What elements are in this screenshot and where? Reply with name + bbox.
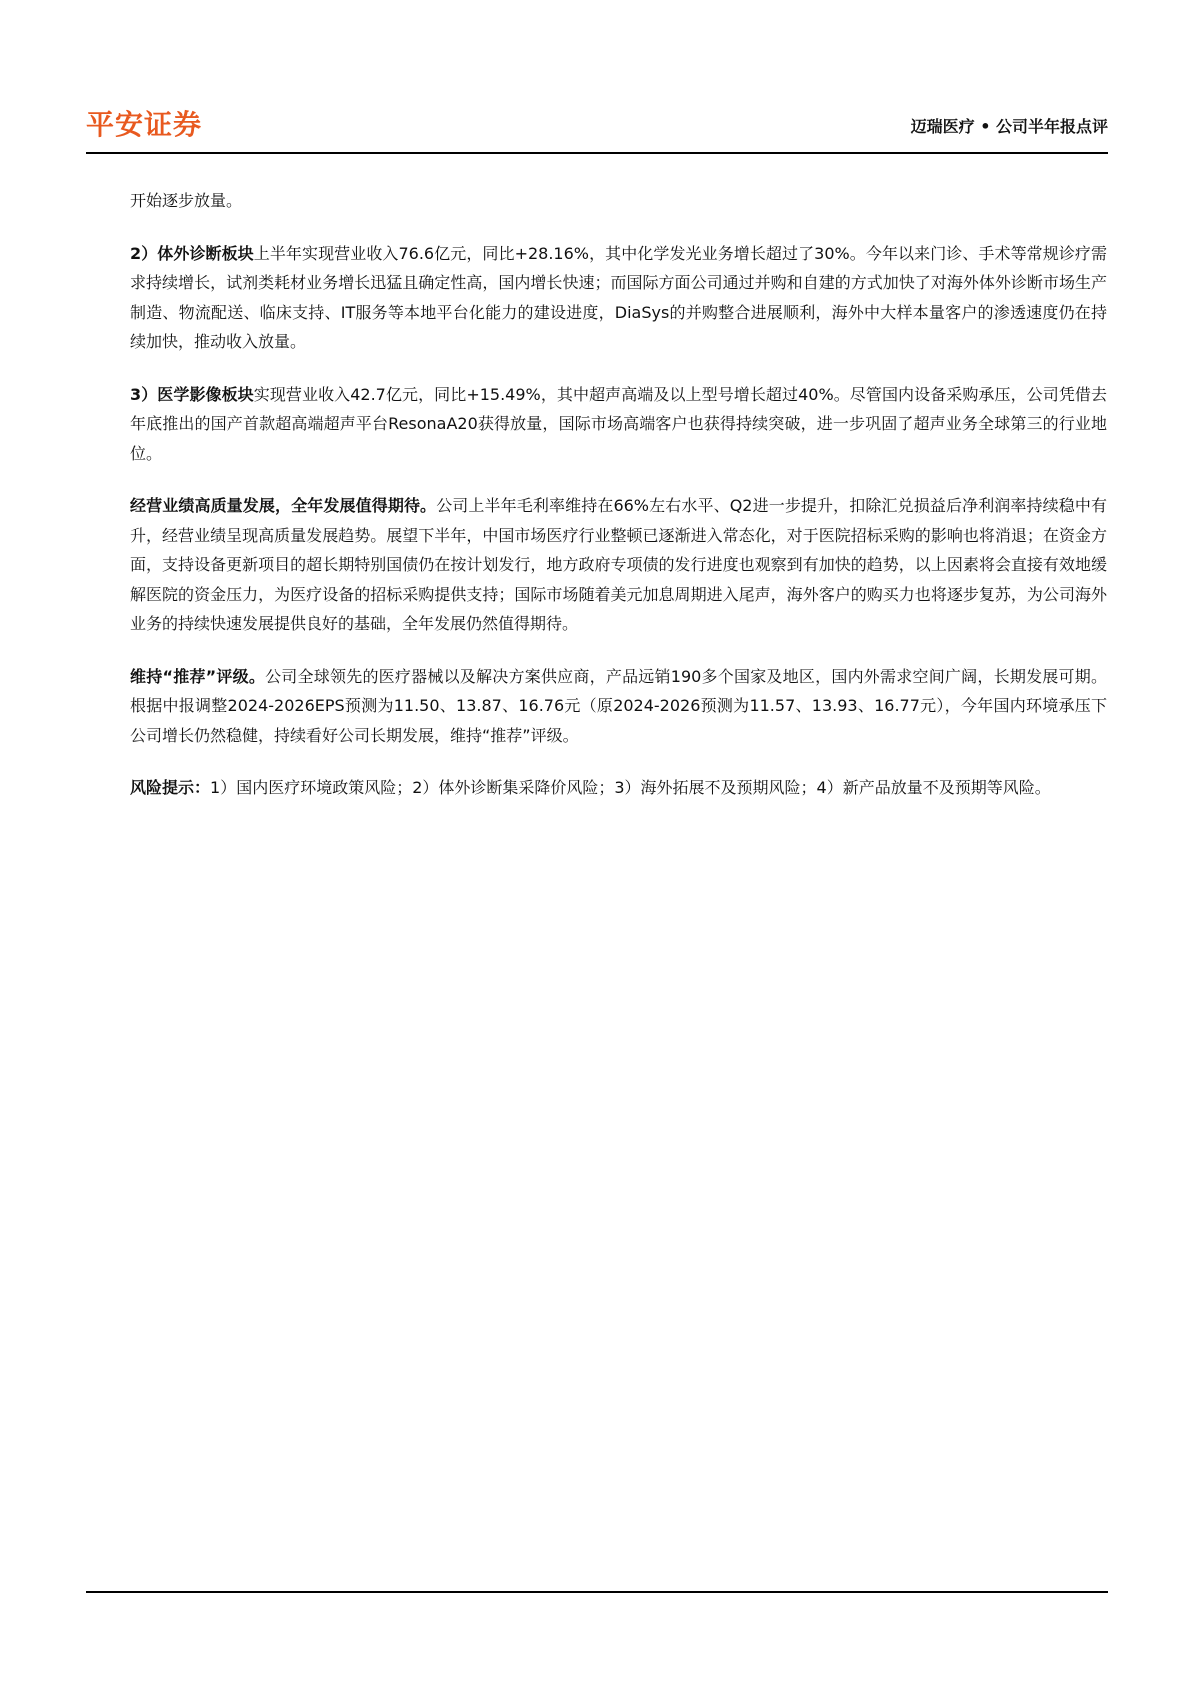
- paragraph-performance: 经营业绩高质量发展，全年发展值得期待。公司上半年毛利率维持在66%左右水平、Q2…: [130, 491, 1107, 639]
- paragraph-lead: 维持“推荐”评级。: [130, 667, 265, 686]
- paragraph-text: 公司全球领先的医疗器械以及解决方案供应商，产品远销190多个国家及地区，国内外需…: [130, 667, 1107, 745]
- paragraph-lead: 2）体外诊断板块: [130, 244, 254, 263]
- paragraph-risk: 风险提示：1）国内医疗环境政策风险；2）体外诊断集采降价风险；3）海外拓展不及预…: [130, 773, 1107, 803]
- paragraph-rating: 维持“推荐”评级。公司全球领先的医疗器械以及解决方案供应商，产品远销190多个国…: [130, 662, 1107, 751]
- report-body: 开始逐步放量。 2）体外诊断板块上半年实现营业收入76.6亿元，同比+28.16…: [130, 186, 1107, 826]
- paragraph-text: 上半年实现营业收入76.6亿元，同比+28.16%，其中化学发光业务增长超过了3…: [130, 244, 1107, 352]
- report-title: 迈瑞医疗 • 公司半年报点评: [911, 116, 1108, 138]
- paragraph-ivd: 2）体外诊断板块上半年实现营业收入76.6亿元，同比+28.16%，其中化学发光…: [130, 239, 1107, 357]
- paragraph-text: 实现营业收入42.7亿元，同比+15.49%，其中超声高端及以上型号增长超过40…: [130, 385, 1107, 463]
- paragraph-lead: 经营业绩高质量发展，全年发展值得期待。: [130, 496, 436, 515]
- paragraph-text: 1）国内医疗环境政策风险；2）体外诊断集采降价风险；3）海外拓展不及预期风险；4…: [210, 778, 1051, 797]
- paragraph-lead: 3）医学影像板块: [130, 385, 254, 404]
- paragraph-text: 开始逐步放量。: [130, 191, 242, 210]
- paragraph-imaging: 3）医学影像板块实现营业收入42.7亿元，同比+15.49%，其中超声高端及以上…: [130, 380, 1107, 469]
- paragraph-text: 公司上半年毛利率维持在66%左右水平、Q2进一步提升，扣除汇兑损益后净利润率持续…: [130, 496, 1107, 633]
- paragraph-lead: 风险提示：: [130, 778, 210, 797]
- footer-divider: [86, 1591, 1108, 1593]
- brand-logo: 平安证券: [86, 108, 202, 142]
- header-divider: [86, 152, 1108, 154]
- paragraph-continuation: 开始逐步放量。: [130, 186, 1107, 216]
